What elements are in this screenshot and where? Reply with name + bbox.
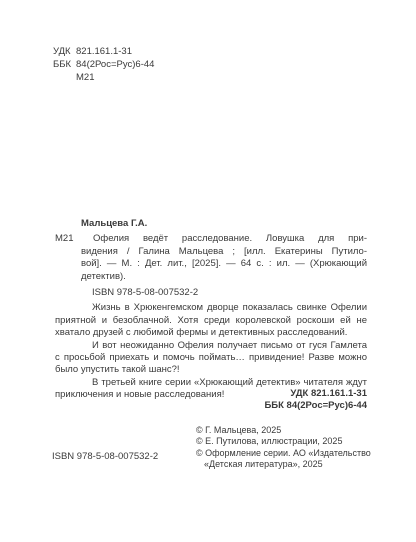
text-line: приятной и безоблачной. Хотя среди корол… <box>55 315 367 327</box>
catalog-entry: М21 Офелия ведёт расследование. Ловушка … <box>55 233 367 283</box>
catalog-author: Мальцева Г.А. <box>81 218 367 230</box>
copyright-block: © Г. Мальцева, 2025© Е. Путилова, иллюст… <box>196 425 371 471</box>
text-line: © Г. Мальцева, 2025 <box>196 425 371 436</box>
text-line: И вот неожиданно Офелия получает письмо … <box>55 340 367 352</box>
bbk-row: ББК 84(2Рос=Рус)6-44 <box>53 58 154 71</box>
catalog-entry-code: М21 <box>55 233 81 283</box>
author-sign-value: М21 <box>76 71 154 84</box>
book-imprint-page: УДК 821.161.1-31 ББК 84(2Рос=Рус)6-44 М2… <box>0 0 416 542</box>
text-line: © Оформление серии. АО «Издательство <box>196 448 371 459</box>
bbk-label: ББК <box>53 58 76 71</box>
author-sign-label <box>53 71 76 84</box>
text-line: хватало друзей с любимой фермы и детекти… <box>55 327 367 339</box>
author-sign-row: М21 <box>53 71 154 84</box>
text-line: было упустить такой шанс?! <box>55 364 367 376</box>
text-line: видения / Галина Мальцева ; [илл. Екатер… <box>81 246 367 258</box>
udc-bbk-block: УДК 821.161.1-31 ББК 84(2Рос=Рус)6-44 М2… <box>53 45 154 84</box>
bottom-bbk-line: ББК 84(2Рос=Рус)6-44 <box>264 400 367 412</box>
annotation-paragraph-2: И вот неожиданно Офелия получает письмо … <box>55 340 367 377</box>
text-line: © Е. Путилова, иллюстрации, 2025 <box>196 436 371 447</box>
annotation: Жизнь в Хрюкенгемском дворце показалась … <box>55 302 367 401</box>
udc-value: 821.161.1-31 <box>76 45 154 58</box>
catalog-card: Мальцева Г.А. М21 Офелия ведёт расследов… <box>55 218 367 402</box>
bbk-value: 84(2Рос=Рус)6-44 <box>76 58 154 71</box>
catalog-entry-text: Офелия ведёт расследование. Ловушка для … <box>81 233 367 283</box>
text-line: «Детская литература», 2025 <box>196 459 371 470</box>
text-line: Жизнь в Хрюкенгемском дворце показалась … <box>55 302 367 314</box>
text-line: Офелия ведёт расследование. Ловушка для … <box>81 233 367 245</box>
bottom-udc-line: УДК 821.161.1-31 <box>264 388 367 400</box>
text-line: вой]. — М. : Дет. лит., [2025]. — 64 с. … <box>81 258 367 270</box>
bottom-udc-bbk-block: УДК 821.161.1-31 ББК 84(2Рос=Рус)6-44 <box>264 388 367 413</box>
bottom-isbn-line: ISBN 978-5-08-007532-2 <box>52 451 158 463</box>
text-line: с просьбой приехать и помочь поймать… пр… <box>55 352 367 364</box>
udc-row: УДК 821.161.1-31 <box>53 45 154 58</box>
annotation-paragraph-1: Жизнь в Хрюкенгемском дворце показалась … <box>55 302 367 339</box>
isbn-line: ISBN 978-5-08-007532-2 <box>55 287 367 299</box>
text-line: детектив). <box>81 271 367 283</box>
udc-label: УДК <box>53 45 76 58</box>
